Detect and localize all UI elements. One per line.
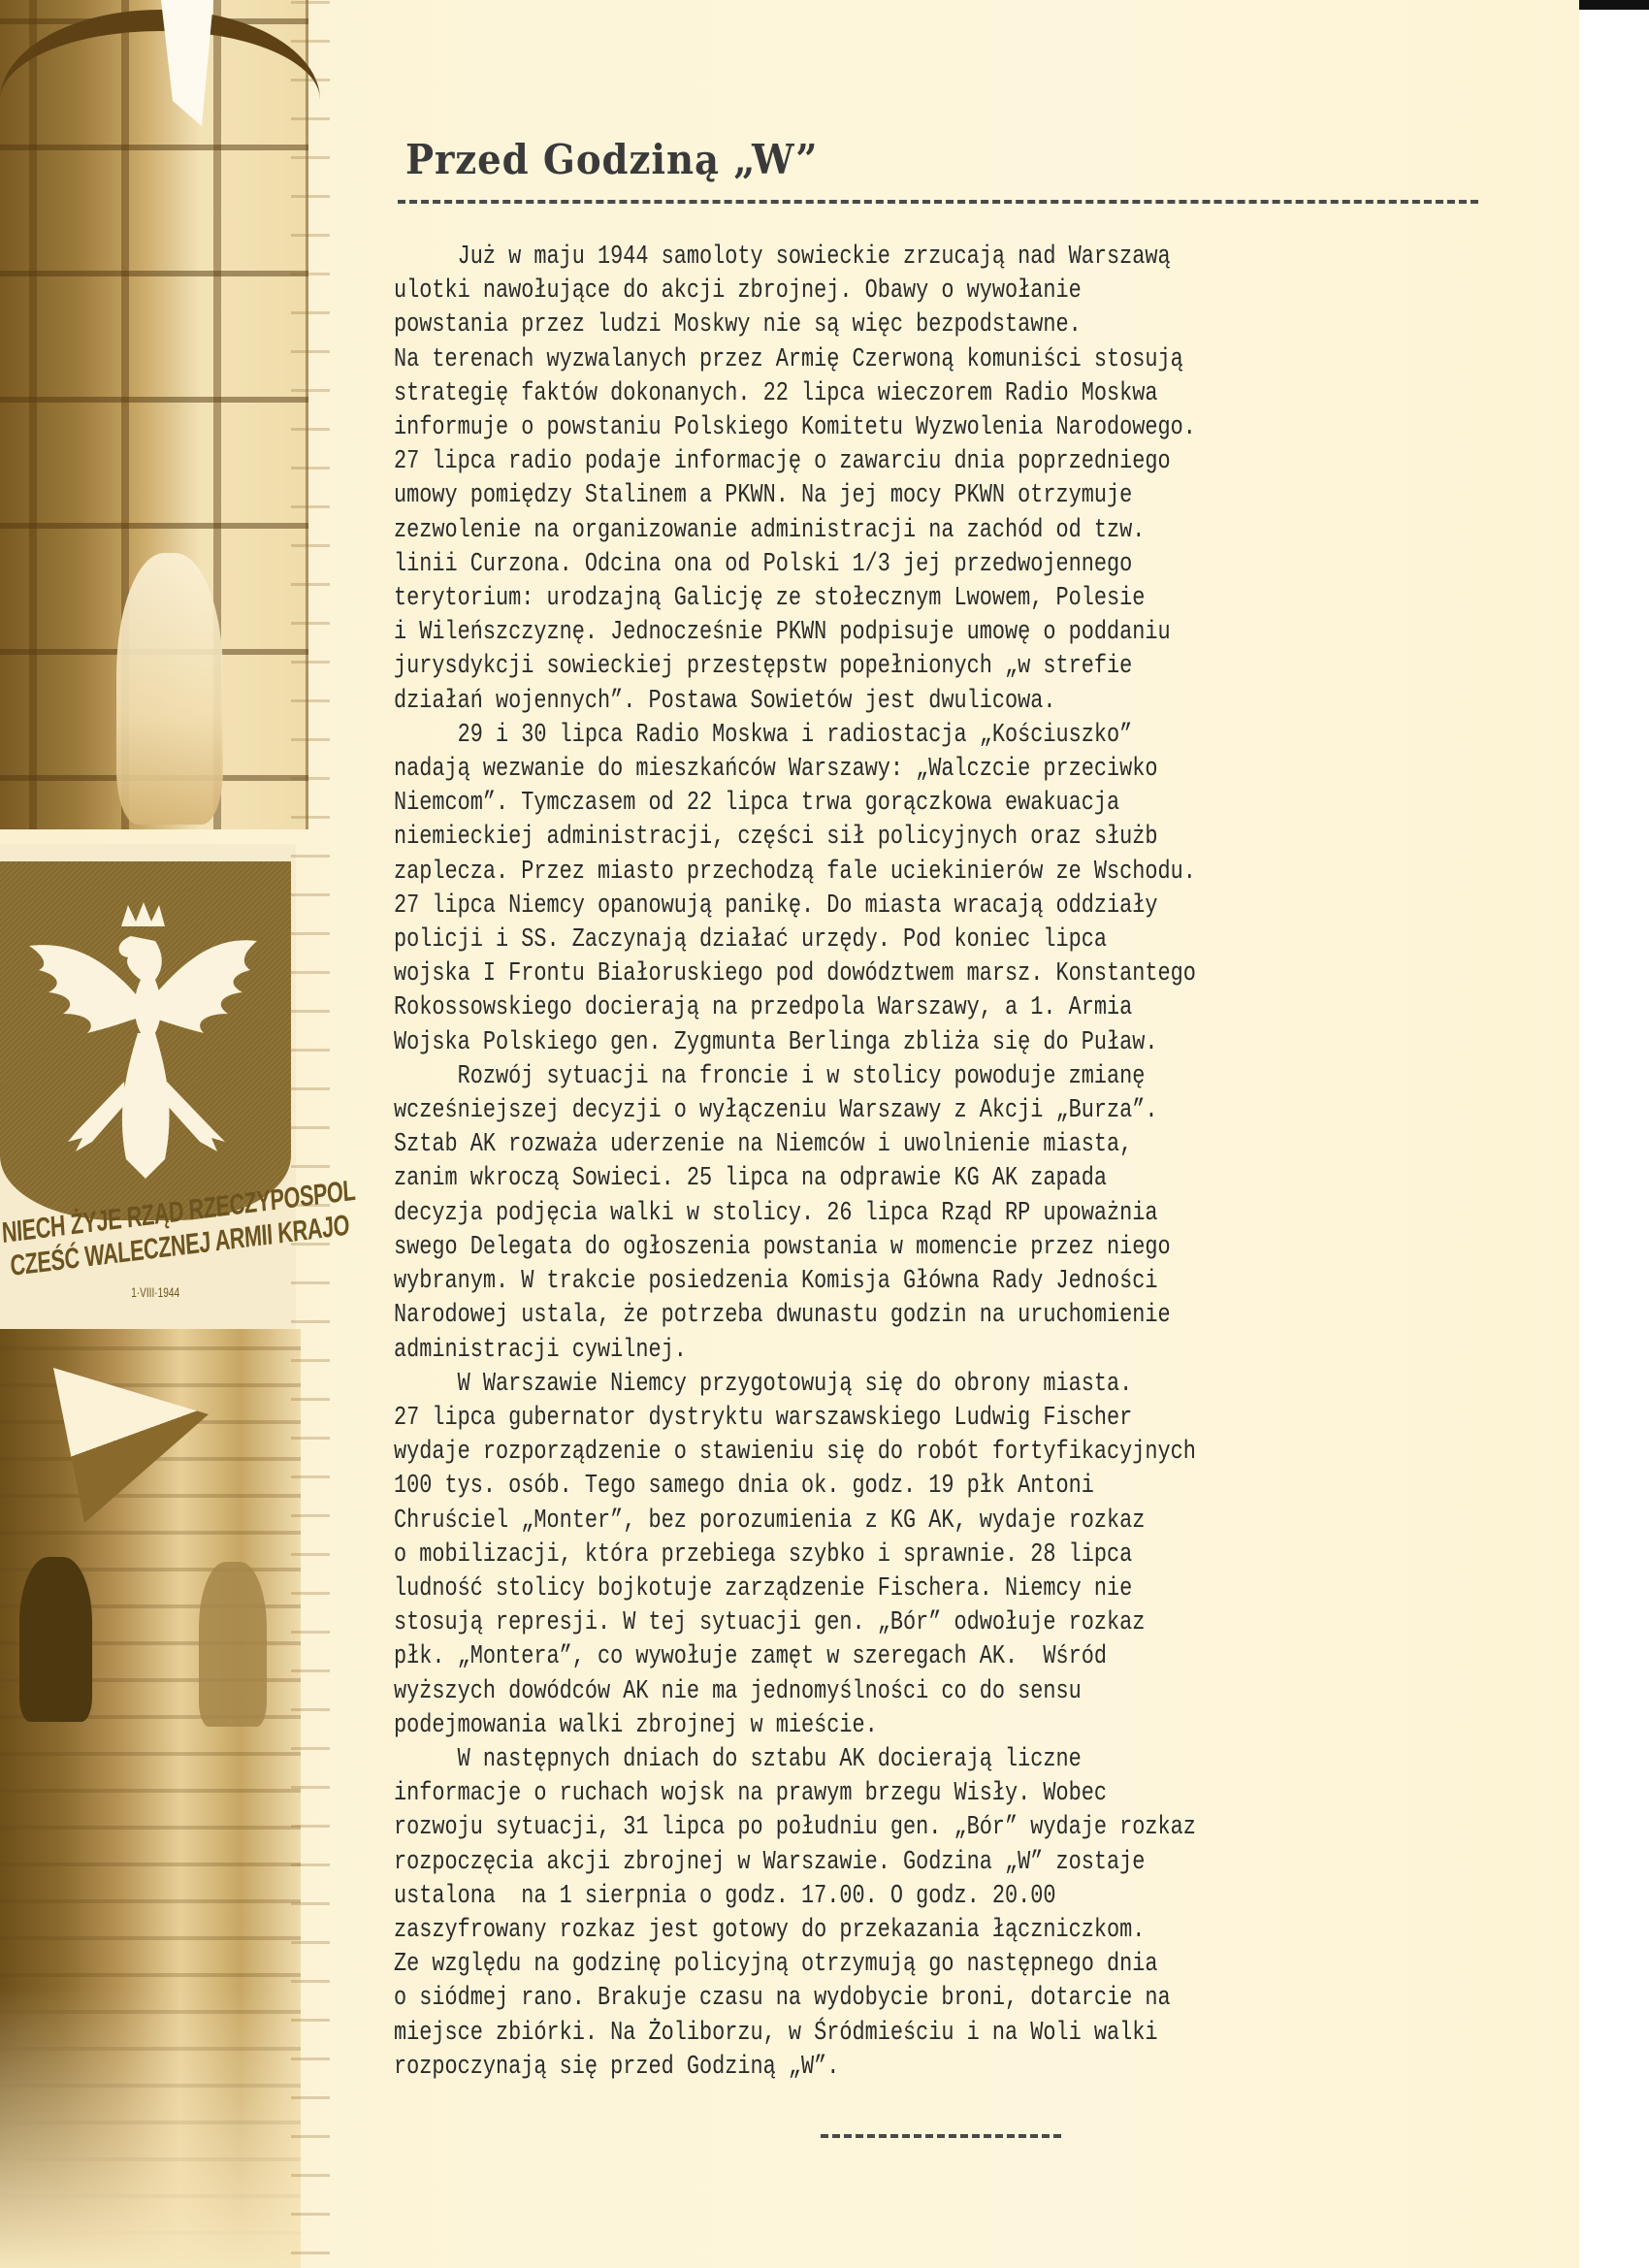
article-line: informacje o ruchach wojsk na prawym brz…: [394, 1777, 1337, 1811]
article-line: zezwolenie na organizowanie administracj…: [394, 514, 1337, 548]
article-line: niemieckiej administracji, części sił po…: [394, 821, 1337, 855]
photo-collage: NIECH ŻYJE RZĄD RZECZYPOSPOL CZEŚĆ WALEC…: [0, 0, 320, 2268]
article-body: Już w maju 1944 samoloty sowieckie zrzuc…: [394, 241, 1558, 2085]
article-line: działań wojennych”. Postawa Sowietów jes…: [394, 685, 1337, 719]
article-line: 27 lipca Niemcy opanowują panikę. Do mia…: [394, 890, 1337, 923]
article-line: podejmowania walki zbrojnej w mieście.: [394, 1709, 1337, 1743]
building-arch: [0, 10, 320, 118]
scan-edge: [1579, 0, 1649, 10]
article-line: swego Delegata do ogłoszenia powstania w…: [394, 1231, 1337, 1265]
white-eagle-icon: [10, 888, 276, 1198]
soldier-figure: [199, 1562, 267, 1727]
article-line: zanim wkroczą Sowieci. 25 lipca na odpra…: [394, 1162, 1337, 1196]
article-line: umowy pomiędzy Stalinem a PKWN. Na jej m…: [394, 479, 1337, 513]
article-line: wybranym. W trakcie posiedzenia Komisja …: [394, 1265, 1337, 1299]
article-line: płk. „Montera”, co wywołuje zamęt w szer…: [394, 1640, 1337, 1674]
article-line: 29 i 30 lipca Radio Moskwa i radiostacja…: [394, 719, 1337, 753]
article-line: rozpoczęcia akcji zbrojnej w Warszawie. …: [394, 1846, 1337, 1880]
article-line: Rozwój sytuacji na froncie i w stolicy p…: [394, 1060, 1337, 1094]
photo-insurgents: [0, 1329, 301, 2268]
end-dashed-rule: [821, 2134, 1061, 2138]
article-line: wojska I Frontu Białoruskiego pod dowódz…: [394, 957, 1337, 991]
article-line: Niemcom”. Tymczasem od 22 lipca trwa gor…: [394, 787, 1337, 821]
article-line: Sztab AK rozważa uderzenie na Niemców i …: [394, 1128, 1337, 1162]
title-dashed-rule: [398, 200, 1478, 204]
article-line: nadają wezwanie do mieszkańców Warszawy:…: [394, 753, 1337, 787]
page-title: Przed Godziną „W”: [405, 136, 818, 183]
article-line: linii Curzona. Odcina ona od Polski 1/3 …: [394, 548, 1337, 582]
article-line: decyzja podjęcia walki w stolicy. 26 lip…: [394, 1197, 1337, 1231]
article-line: miejsce zbiórki. Na Żoliborzu, w Śródmie…: [394, 2017, 1337, 2051]
article-line: ustalona na 1 sierpnia o godz. 17.00. O …: [394, 1880, 1337, 1914]
article-line: terytorium: urodzajną Galicję ze stołecz…: [394, 582, 1337, 616]
article-line: W następnych dniach do sztabu AK dociera…: [394, 1743, 1337, 1777]
flag-shape: [53, 1368, 209, 1523]
article-line: jurysdykcji sowieckiej przestępstw popeł…: [394, 650, 1337, 684]
article-line: Rokossowskiego docierają na przedpola Wa…: [394, 991, 1337, 1025]
article-line: ulotki nawołujące do akcji zbrojnej. Oba…: [394, 275, 1337, 308]
article-line: o mobilizacji, która przebiega szybko i …: [394, 1539, 1337, 1572]
article-line: zaplecza. Przez miasto przechodzą fale u…: [394, 856, 1337, 890]
article-line: zaszyfrowany rozkaz jest gotowy do przek…: [394, 1914, 1337, 1948]
article-line: Na terenach wyzwalanych przez Armię Czer…: [394, 343, 1337, 377]
article-line: strategię faktów dokonanych. 22 lipca wi…: [394, 377, 1337, 411]
soldier-figure: [19, 1557, 92, 1722]
torn-edge-decoration: [291, 0, 330, 2268]
article-line: W Warszawie Niemcy przygotowują się do o…: [394, 1368, 1337, 1402]
photo-flag-hanging: [0, 0, 308, 829]
article-line: Już w maju 1944 samoloty sowieckie zrzuc…: [394, 241, 1337, 275]
article-line: wyższych dowódców AK nie ma jednomyślnoś…: [394, 1675, 1337, 1709]
article-line: Narodowej ustala, że potrzeba dwunastu g…: [394, 1299, 1337, 1333]
article-line: rozpoczynają się przed Godziną „W”.: [394, 2051, 1337, 2085]
article-line: i Wileńszczyznę. Jednocześnie PKWN podpi…: [394, 616, 1337, 650]
article-line: informuje o powstaniu Polskiego Komitetu…: [394, 411, 1337, 445]
article-line: administracji cywilnej.: [394, 1334, 1337, 1368]
article-line: policji i SS. Zaczynają działać urzędy. …: [394, 923, 1337, 957]
article-line: 27 lipca radio podaje informację o zawar…: [394, 445, 1337, 479]
poster-date: 1·VIII·1944: [131, 1283, 225, 1301]
document-page: NIECH ŻYJE RZĄD RZECZYPOSPOL CZEŚĆ WALEC…: [0, 0, 1579, 2268]
article-line: Ze względu na godzinę policyjną otrzymuj…: [394, 1948, 1337, 1982]
article-line: wydaje rozporządzenie o stawieniu się do…: [394, 1436, 1337, 1470]
article-line: o siódmej rano. Brakuje czasu na wydobyc…: [394, 1982, 1337, 2016]
article-line: powstania przez ludzi Moskwy nie są więc…: [394, 308, 1337, 342]
article-line: Wojska Polskiego gen. Zygmunta Berlinga …: [394, 1026, 1337, 1060]
article-line: rozwoju sytuacji, 31 lipca po południu g…: [394, 1811, 1337, 1845]
man-figure: [116, 553, 223, 825]
article-line: ludność stolicy bojkotuje zarządzenie Fi…: [394, 1572, 1337, 1606]
article-line: stosują represji. W tej sytuacji gen. „B…: [394, 1606, 1337, 1640]
poster-slogan: NIECH ŻYJE RZĄD RZECZYPOSPOL CZEŚĆ WALEC…: [2, 1217, 225, 1301]
article-line: 100 tys. osób. Tego samego dnia ok. godz…: [394, 1470, 1337, 1504]
eagle-poster: NIECH ŻYJE RZĄD RZECZYPOSPOL CZEŚĆ WALEC…: [0, 844, 296, 1329]
article-line: wcześniejszej decyzji o wyłączeniu Warsz…: [394, 1094, 1337, 1128]
article-line: 27 lipca gubernator dystryktu warszawski…: [394, 1402, 1337, 1436]
article-line: Chruściel „Monter”, bez porozumienia z K…: [394, 1505, 1337, 1539]
